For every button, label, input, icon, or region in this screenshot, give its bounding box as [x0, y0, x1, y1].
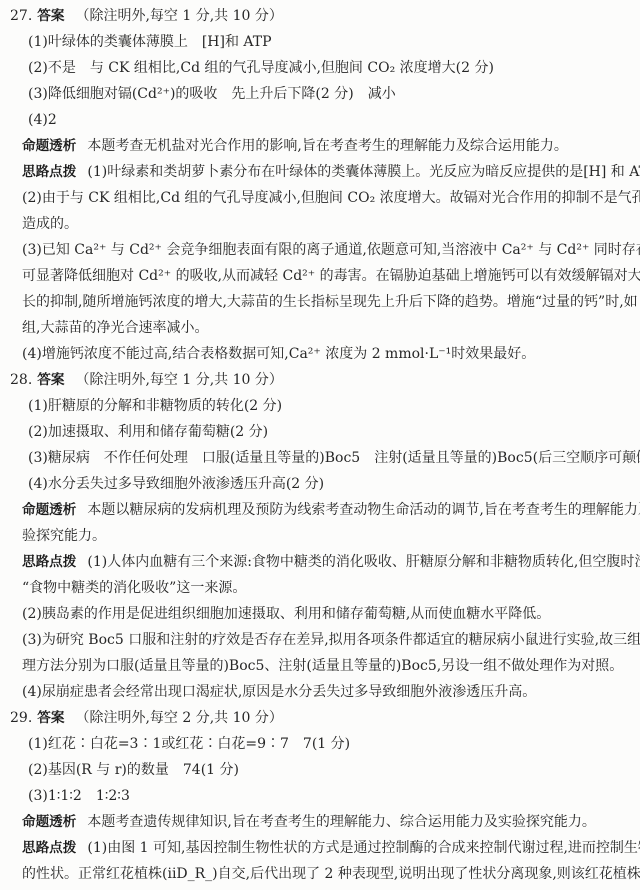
answer-heading: 28.答案（除注明外,每空 1 分,共 10 分） [0, 367, 640, 393]
answer-label: 答案 [37, 372, 64, 388]
tips-text-line: (3)为研究 Boc5 口服和注射的疗效是否存在差异,拟用各项条件都适宜的糖尿病… [0, 627, 640, 653]
tips-text-line: 造成的。 [0, 211, 640, 237]
analysis-text: 本题考查无机盐对光合作用的影响,旨在考查考生的理解能力及综合运用能力。 [87, 138, 567, 154]
tips-text-line: 理方法分别为口服(适量且等量的)Boc5、注射(适量且等量的)Boc5,另设一组… [0, 653, 640, 679]
question-27-block: 27.答案（除注明外,每空 1 分,共 10 分） (1)叶绿体的类囊体薄膜上 … [0, 3, 640, 367]
score-note: （除注明外,每空 1 分,共 10 分） [75, 8, 282, 24]
tips-text-line: (2)胰岛素的作用是促进组织细胞加速摄取、利用和储存葡萄糖,从而使血糖水平降低。 [0, 601, 640, 627]
answer-line: (2)基因(R 与 r)的数量 74(1 分) [0, 757, 640, 783]
answer-heading: 27.答案（除注明外,每空 1 分,共 10 分） [0, 3, 640, 29]
tips-text-line: (3)已知 Ca²⁺ 与 Cd²⁺ 会竞争细胞表面有限的离子通道,依题意可知,当… [0, 237, 640, 263]
answer-line: (2)不是 与 CK 组相比,Cd 组的气孔导度减小,但胞间 CO₂ 浓度增大(… [0, 55, 640, 81]
tips-text-line: (4)增施钙浓度不能过高,结合表格数据可知,Ca²⁺ 浓度为 2 mmol·L⁻… [0, 341, 640, 367]
question-29-block: 29.答案（除注明外,每空 2 分,共 10 分） (1)红花∶白花=3∶1或红… [0, 705, 640, 887]
answer-key-page: 27.答案（除注明外,每空 1 分,共 10 分） (1)叶绿体的类囊体薄膜上 … [0, 0, 640, 887]
analysis-line: 命题透析本题以糖尿病的发病机理及预防为线索考查动物生命活动的调节,旨在考查考生的… [0, 497, 640, 523]
tips-text: (1)叶绿素和类胡萝卜素分布在叶绿体的类囊体薄膜上。光反应为暗反应提供的是[H]… [87, 164, 640, 180]
tips-label: 思路点拨 [22, 840, 76, 856]
analysis-label: 命题透析 [22, 814, 76, 830]
tips-text-line: 可显著降低细胞对 Cd²⁺ 的吸收,从而减轻 Cd²⁺ 的毒害。在镉胁迫基础上增… [0, 263, 640, 289]
answer-line: (2)加速摄取、利用和储存葡萄糖(2 分) [0, 419, 640, 445]
tips-line: 思路点拨(1)叶绿素和类胡萝卜素分布在叶绿体的类囊体薄膜上。光反应为暗反应提供的… [0, 159, 640, 185]
analysis-line: 命题透析本题考查无机盐对光合作用的影响,旨在考查考生的理解能力及综合运用能力。 [0, 133, 640, 159]
answer-line: (3)降低细胞对镉(Cd²⁺)的吸收 先上升后下降(2 分) 减小 [0, 81, 640, 107]
tips-text-line: “食物中糖类的消化吸收”这一来源。 [0, 575, 640, 601]
analysis-line: 命题透析本题考查遗传规律知识,旨在考查考生的理解能力、综合运用能力及实验探究能力… [0, 809, 640, 835]
answer-line: (4)水分丢失过多导致细胞外液渗透压升高(2 分) [0, 471, 640, 497]
tips-text: (1)人体内血糖有三个来源:食物中糖类的消化吸收、肝糖原分解和非糖物质转化,但空… [87, 554, 640, 570]
tips-text-line: (2)由于与 CK 组相比,Cd 组的气孔导度减小,但胞间 CO₂ 浓度增大。故… [0, 185, 640, 211]
tips-text-line: 长的抑制,随所增施钙浓度的增大,大蒜苗的生长指标呈现先上升后下降的趋势。增施“过… [0, 289, 640, 315]
score-note: （除注明外,每空 2 分,共 10 分） [75, 710, 282, 726]
analysis-label: 命题透析 [22, 502, 76, 518]
analysis-text-line: 验探究能力。 [0, 523, 640, 549]
tips-label: 思路点拨 [22, 164, 76, 180]
tips-text-line: 的性状。正常红花植株(iiD_R_)自交,后代出现了 2 种表现型,说明出现了性… [0, 861, 640, 887]
question-number: 27. [10, 8, 32, 24]
analysis-label: 命题透析 [22, 138, 76, 154]
answer-line: (1)红花∶白花=3∶1或红花∶白花=9∶7 7(1 分) [0, 731, 640, 757]
answer-line: (3)1∶1∶2 1∶2∶3 [0, 783, 640, 809]
answer-line: (4)2 [0, 107, 640, 133]
answer-heading: 29.答案（除注明外,每空 2 分,共 10 分） [0, 705, 640, 731]
analysis-text: 本题以糖尿病的发病机理及预防为线索考查动物生命活动的调节,旨在考查考生的理解能力… [87, 502, 640, 518]
tips-text: (1)由图 1 可知,基因控制生物性状的方式是通过控制酶的合成来控制代谢过程,进… [87, 840, 640, 856]
tips-line: 思路点拨(1)由图 1 可知,基因控制生物性状的方式是通过控制酶的合成来控制代谢… [0, 835, 640, 861]
answer-label: 答案 [37, 710, 64, 726]
question-28-block: 28.答案（除注明外,每空 1 分,共 10 分） (1)肝糖原的分解和非糖物质… [0, 367, 640, 705]
question-number: 29. [10, 710, 32, 726]
tips-text-line: 组,大蒜苗的净光合速率减小。 [0, 315, 640, 341]
tips-label: 思路点拨 [22, 554, 76, 570]
tips-text-line: (4)尿崩症患者会经常出现口渴症状,原因是水分丢失过多导致细胞外液渗透压升高。 [0, 679, 640, 705]
answer-line: (3)糖尿病 不作任何处理 口服(适量且等量的)Boc5 注射(适量且等量的)B… [0, 445, 640, 471]
tips-line: 思路点拨(1)人体内血糖有三个来源:食物中糖类的消化吸收、肝糖原分解和非糖物质转… [0, 549, 640, 575]
answer-label: 答案 [37, 8, 64, 24]
question-number: 28. [10, 372, 32, 388]
answer-line: (1)叶绿体的类囊体薄膜上 [H]和 ATP [0, 29, 640, 55]
analysis-text: 本题考查遗传规律知识,旨在考查考生的理解能力、综合运用能力及实验探究能力。 [87, 814, 595, 830]
answer-line: (1)肝糖原的分解和非糖物质的转化(2 分) [0, 393, 640, 419]
score-note: （除注明外,每空 1 分,共 10 分） [75, 372, 282, 388]
